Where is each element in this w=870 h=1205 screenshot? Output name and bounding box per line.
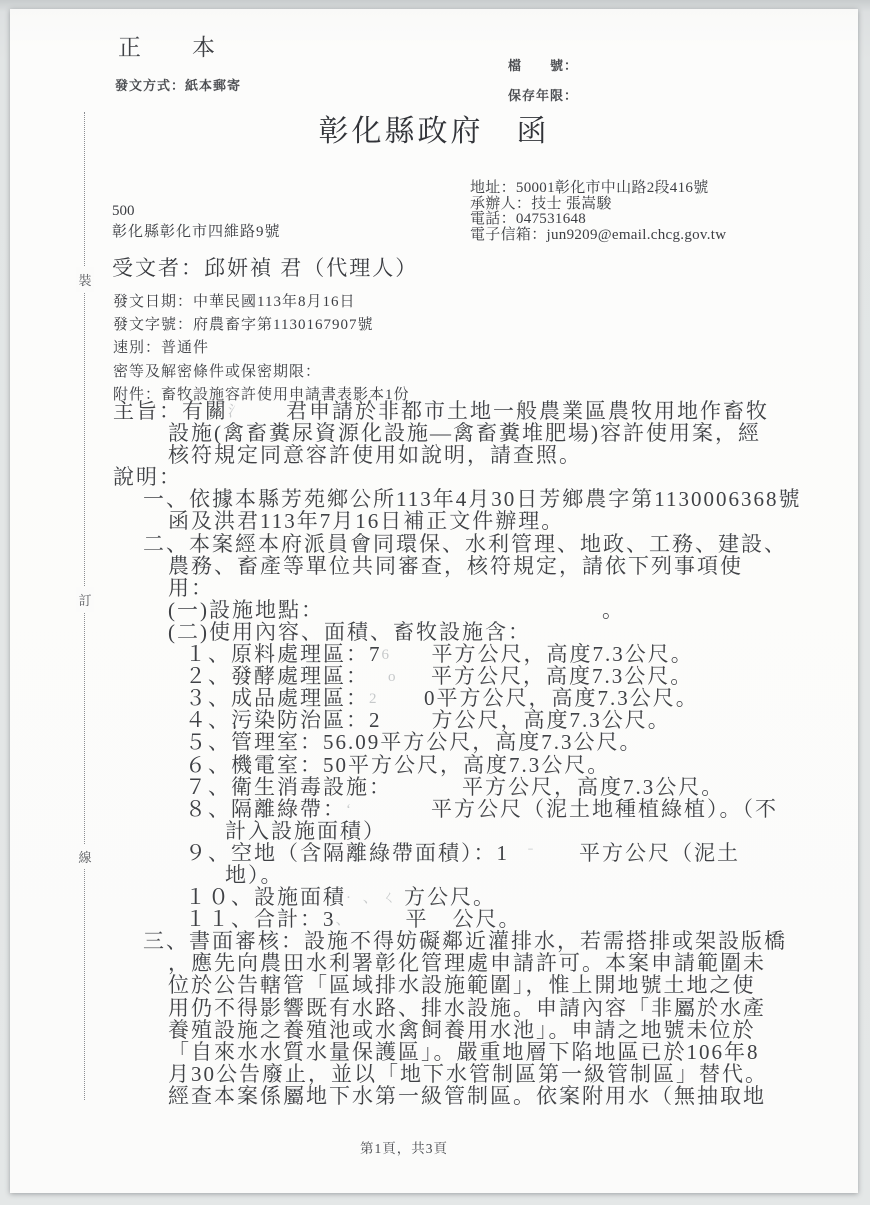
body-text: (二)使用內容、面積、畜牧設施含： [168,620,531,644]
redaction-blob: o [369,666,431,686]
agency-phone: 電話：047531648 [470,212,726,228]
body-text: 農務、畜產等單位共同審查，核符規定，請依下列事項使 [168,554,743,578]
body-text: 養殖設施之養殖池或水禽飼養用水池」。申請之地號未位於 [168,1018,756,1042]
body-text: 一、依據本縣芳苑鄉公所113年4月30日芳鄉農字第1130006368號 [143,487,801,511]
body-line: 主旨：有關氵君申請於非都市土地一般農業區農牧用地作畜牧 [10,400,858,422]
body-line: 養殖設施之養殖池或水禽飼養用水池」。申請之地號未位於 [10,1019,858,1041]
redaction-blob [382,710,432,730]
recipient-line: 受文者：邱妍禎 君（代理人） [112,252,418,282]
body-line: ２、發酵處理區： o平方公尺，高度7.3公尺。 [10,665,858,687]
body-line: 一、依據本縣芳苑鄉公所113年4月30日芳鄉農字第1130006368號 [10,488,858,510]
body-text: １１、合計：3 [185,907,336,931]
body-text: 平方公尺（泥土地種植綠植）。（不 [431,797,778,821]
body-text: 說明： [113,465,182,489]
body-text: 設施(禽畜糞尿資源化設施—禽畜糞堆肥場)容許使用案，經 [168,421,761,445]
body-text: 平 [406,907,429,931]
redaction-blob: ʻ [346,799,431,819]
body-text: ，應先向農田水利署彰化管理處申請許可。本案申請範圍未 [168,951,766,975]
redaction-blob [324,600,602,620]
body-line: 位於公告轄管「區域排水設施範圍」，惟上開地號土地之使 [10,974,858,996]
body-text: 主旨：有關 [113,399,228,423]
body-text: (一)設施地點： [168,598,324,622]
body-text: ８、隔離綠帶： [185,797,346,821]
page-footer: 第1頁，共3頁 [10,1137,798,1157]
body-line: ４、污染防治區：2方公尺，高度7.3公尺。 [10,709,858,731]
meta-block: 發文日期：中華民國113年8月16日 發文字號：府農畜字第1130167907號… [113,291,410,407]
meta-security: 密等及解密條件或保密期限： [113,361,410,384]
retention-period-label: 保存年限： [508,85,578,104]
body-line: ９、空地（含隔離綠帶面積）：1 ˉ平方公尺（泥土 [10,842,858,864]
body-line: 計入設施面積） [10,820,858,842]
body-text: １、原料處理區：7 [185,642,382,666]
body-line: 三、書面審核：設施不得妨礙鄰近灌排水，若需搭排或架設版橋 [10,930,858,952]
body-text: ３、成品處理區： [185,686,369,710]
body-line: (二)使用內容、面積、畜牧設施含： [10,621,858,643]
delivery-method-label: 發文方式：紙本郵寄 [115,75,241,94]
body-line: 設施(禽畜糞尿資源化設施—禽畜糞堆肥場)容許使用案，經 [10,422,858,444]
body-line: 二、本案經本府派員會同環保、水利管理、地政、工務、建設、 [10,533,858,555]
body-text: ４、污染防治區：2 [185,708,382,732]
copy-type-label: 正 本 [118,29,229,62]
document-body: 主旨：有關氵君申請於非都市土地一般農業區農牧用地作畜牧設施(禽畜糞尿資源化設施—… [10,400,858,1107]
body-text: 公尺。 [453,907,522,931]
body-text: 方公尺。 [404,885,496,909]
body-text: 。 [602,598,625,622]
body-text: 平方公尺，高度7.3公尺。 [462,775,724,799]
body-text: ５、管理室：56.09平方公尺，高度7.3公尺。 [185,730,643,754]
body-line: ７、衛生消毒設施：平方公尺，高度7.3公尺。 [10,776,858,798]
binding-mark-ding: 訂 [76,587,94,612]
redaction-blob: 2 [369,688,424,708]
file-number-label: 檔 號： [508,55,578,74]
meta-priority: 速別：普通件 [113,337,410,360]
body-text: 君申請於非都市土地一般農業區農牧用地作畜牧 [286,399,769,423]
body-text: ６、機電室：50平方公尺，高度7.3公尺。 [185,753,610,777]
redaction-blob [429,909,453,929]
body-line: ６、機電室：50平方公尺，高度7.3公尺。 [10,754,858,776]
body-text: 月30公告廢止，並以「地下水管制區第一級管制區」替代。 [168,1062,768,1086]
recipient-zip: 500 [112,203,135,220]
redaction-blob: · 、ㄑ [346,887,404,907]
body-text: ７、衛生消毒設施： [185,775,392,799]
body-line: 農務、畜產等單位共同審查，核符規定，請依下列事項使 [10,555,858,577]
body-line: １１、合計：3、平公尺。 [10,908,858,930]
recipient-address: 彰化縣彰化市四維路9號 [112,220,281,241]
body-text: 用仍不得影響既有水路、排水設施。申請內容「非屬於水產 [168,996,766,1020]
body-text: 地）。 [225,863,284,887]
body-line: 經查本案係屬地下水第一級管制區。依案附用水（無抽取地 [10,1085,858,1107]
binding-mark-zhuang: 裝 [76,267,94,292]
body-line: 函及洪君113年7月16日補正文件辦理。 [10,510,858,532]
body-line: 說明： [10,466,858,488]
body-line: ８、隔離綠帶：ʻ平方公尺（泥土地種植綠植）。（不 [10,798,858,820]
body-text: 三、書面審核：設施不得妨礙鄰近灌排水，若需搭排或架設版橋 [143,929,787,953]
body-line: ５、管理室：56.09平方公尺，高度7.3公尺。 [10,731,858,753]
body-line: 月30公告廢止，並以「地下水管制區第一級管制區」替代。 [10,1063,858,1085]
body-text: 用： [168,576,214,600]
body-text: 方公尺，高度7.3公尺。 [432,708,671,732]
body-text: 平方公尺，高度7.3公尺。 [432,642,694,666]
scanned-letter-photo: { "header": { "copy_type": "正 本", "deliv… [0,0,870,1205]
binding-mark-xian: 線 [76,844,94,869]
body-text: 位於公告轄管「區域排水設施範圍」，惟上開地號土地之使 [168,973,756,997]
agency-contact-block: 地址：50001彰化市中山路2段416號 承辦人：技士 張嵩駿 電話：04753… [470,181,726,243]
body-text: 0平方公尺，高度7.3公尺。 [424,686,699,710]
body-text: 函及洪君113年7月16日補正文件辦理。 [168,509,564,533]
body-line: １、原料處理區：76平方公尺，高度7.3公尺。 [10,643,858,665]
body-text: １０、設施面積 [185,885,346,909]
body-text: 計入設施面積） [225,819,386,843]
meta-issue-date: 發文日期：中華民國113年8月16日 [113,291,410,314]
agency-address: 地址：50001彰化市中山路2段416號 [470,181,726,197]
body-text: 二、本案經本府派員會同環保、水利管理、地政、工務、建設、 [143,532,787,556]
redaction-blob: ˉ [509,843,579,863]
meta-doc-number: 發文字號：府農畜字第1130167907號 [113,314,410,337]
body-text: ９、空地（含隔離綠帶面積）：1 [185,841,509,865]
agency-email: 電子信箱：jun9209@email.chcg.gov.tw [470,228,726,244]
body-text: 「自來水水質水量保護區」。嚴重地層下陷地區已於106年8 [168,1040,760,1064]
document-page: 正 本 發文方式：紙本郵寄 檔 號： 保存年限： 彰化縣政府 函 地址：5000… [10,9,858,1193]
body-text: 平方公尺，高度7.3公尺。 [431,664,693,688]
body-line: ３、成品處理區：20平方公尺，高度7.3公尺。 [10,687,858,709]
redaction-blob: 氵 [228,401,286,421]
body-line: 用仍不得影響既有水路、排水設施。申請內容「非屬於水產 [10,997,858,1019]
body-line: １０、設施面積· 、ㄑ方公尺。 [10,886,858,908]
body-text: 核符規定同意容許使用如說明，請查照。 [168,443,582,467]
body-line: 核符規定同意容許使用如說明，請查照。 [10,444,858,466]
document-title: 彰化縣政府 函 [10,106,858,150]
body-line: 「自來水水質水量保護區」。嚴重地層下陷地區已於106年8 [10,1041,858,1063]
redaction-blob [392,777,462,797]
body-line: ，應先向農田水利署彰化管理處申請許可。本案申請範圍未 [10,952,858,974]
body-line: (一)設施地點：。 [10,599,858,621]
agency-officer: 承辦人：技士 張嵩駿 [470,197,726,213]
body-line: 地）。 [10,864,858,886]
body-text: 平方公尺（泥土 [579,841,740,865]
body-text: 經查本案係屬地下水第一級管制區。依案附用水（無抽取地 [168,1084,766,1108]
redaction-blob: 6 [382,644,432,664]
redaction-blob: 、 [336,909,406,929]
body-line: 用： [10,577,858,599]
body-text: ２、發酵處理區： [185,664,369,688]
